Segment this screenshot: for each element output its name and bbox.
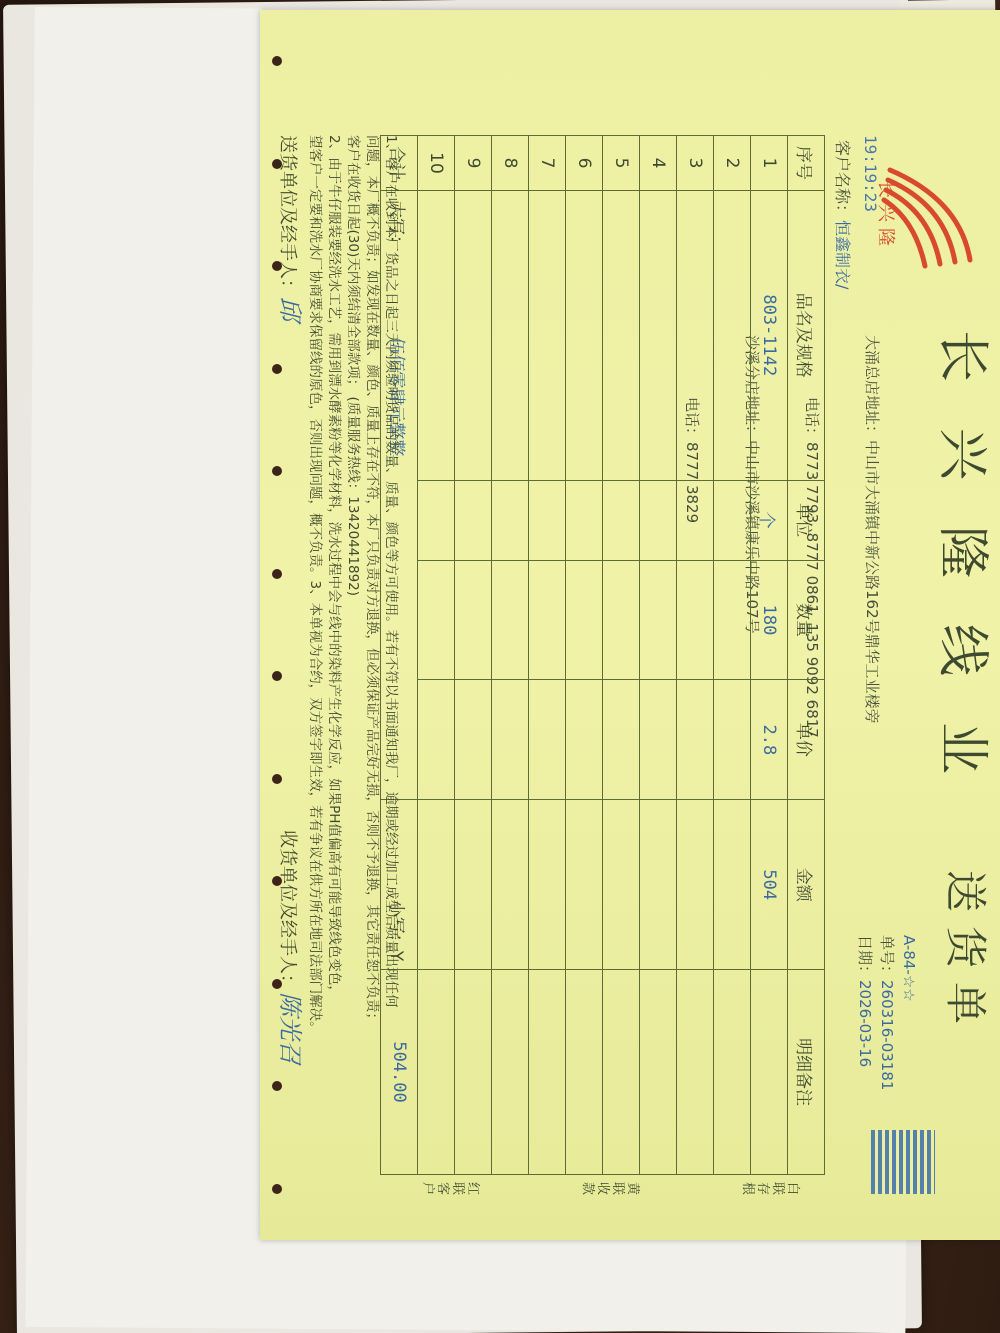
table-row: 7 bbox=[529, 136, 566, 1175]
document-type: 送货单 bbox=[938, 870, 998, 1038]
table-row: 6 bbox=[566, 136, 603, 1175]
sender-label: 送货单位及经手人： bbox=[277, 135, 298, 297]
row-no: 4 bbox=[640, 136, 677, 191]
head-office-address: 大涌总店地址：中山市大涌镇中新公路162号鼎华工业楼旁 bbox=[862, 335, 882, 738]
row-amount: 504 bbox=[751, 800, 788, 970]
terms-line-2: 问题，本厂概不负责；如发现在数量、颜色、质量上存在不符，本厂只负责对方退换，但必… bbox=[362, 135, 381, 1195]
table-row: 2 bbox=[714, 136, 751, 1175]
table-row: 3 bbox=[677, 136, 714, 1175]
terms-line-4: 2、由于牛仔服装要经洗水工艺，需用到漂水酵素粉等化学材料，洗水过程中会与线中的染… bbox=[324, 135, 343, 1195]
row-no: 5 bbox=[603, 136, 640, 191]
col-header-amount: 金额 bbox=[788, 800, 825, 970]
customer-label: 客户名称： bbox=[833, 140, 852, 220]
customer-field: 客户名称：恒鑫制衣/ bbox=[832, 140, 855, 289]
qr-code-icon bbox=[871, 1130, 935, 1194]
table-row: 9 bbox=[455, 136, 492, 1175]
date-value: 2026-03-16 bbox=[856, 980, 874, 1067]
order-meta: A-84-☆☆ 单号：260316-03181 日期：2026-03-16 bbox=[854, 935, 920, 1090]
table-row: 10 bbox=[418, 136, 455, 1175]
row-unit: 个 bbox=[751, 480, 788, 560]
terms-line-3: 客户在收货日起(30)天内须结清全部款项； (质量服务热线：1342044189… bbox=[343, 135, 362, 1195]
photo-frame: 长兴隆 19:19:23 长兴隆线业 送货单 大涌总店地址：中山市大涌镇中新公路… bbox=[0, 0, 1000, 1333]
row-no: 6 bbox=[566, 136, 603, 191]
sender-signature-field: 送货单位及经手人：邱 bbox=[275, 135, 310, 321]
table-row: 1803-1142个1802.8504 bbox=[751, 136, 788, 1175]
row-note bbox=[751, 970, 788, 1175]
row-no: 10 bbox=[418, 136, 455, 191]
terms-block: 1、客户在收到本厂货品之日起三天内须验明货品的数量、质量、颜色等方可使用。若有不… bbox=[305, 135, 400, 1195]
delivery-note: 长兴隆 19:19:23 长兴隆线业 送货单 大涌总店地址：中山市大涌镇中新公路… bbox=[260, 10, 1000, 1240]
copy-label-yellow: 黄联收款 bbox=[580, 1182, 640, 1200]
table-row: 5 bbox=[603, 136, 640, 1175]
row-qty: 180 bbox=[751, 560, 788, 680]
date-label: 日期： bbox=[856, 935, 874, 980]
col-header-note: 明细备注 bbox=[788, 970, 825, 1175]
table-row: 4 bbox=[640, 136, 677, 1175]
receiver-signature: 陈光召 bbox=[276, 992, 304, 1064]
customer-name: 恒鑫制衣/ bbox=[833, 220, 852, 289]
table-header-row: 序号 品名及规格 单位 数量 单价 金额 明细备注 bbox=[788, 136, 825, 1175]
row-no: 9 bbox=[455, 136, 492, 191]
company-name: 长兴隆线业 bbox=[930, 330, 1000, 820]
sender-signature: 邱 bbox=[276, 297, 304, 321]
terms-line-1: 1、客户在收到本厂货品之日起三天内须验明货品的数量、质量、颜色等方可使用。若有不… bbox=[381, 135, 400, 1195]
col-header-unit: 单位 bbox=[788, 480, 825, 560]
row-no: 2 bbox=[714, 136, 751, 191]
row-no: 8 bbox=[492, 136, 529, 191]
order-number: 260316-03181 bbox=[878, 980, 896, 1090]
receiver-signature-field: 收货单位及经手人：陈光召 bbox=[275, 830, 310, 1064]
col-header-price: 单价 bbox=[788, 680, 825, 800]
col-header-item: 品名及规格 bbox=[788, 190, 825, 480]
copy-label-white: 白联存根 bbox=[740, 1182, 800, 1200]
row-item: 803-1142 bbox=[751, 190, 788, 480]
row-no: 1 bbox=[751, 136, 788, 191]
table-row: 8 bbox=[492, 136, 529, 1175]
row-price: 2.8 bbox=[751, 680, 788, 800]
row-no: 7 bbox=[529, 136, 566, 191]
receiver-label: 收货单位及经手人： bbox=[277, 830, 298, 992]
col-header-qty: 数量 bbox=[788, 560, 825, 680]
row-no: 3 bbox=[677, 136, 714, 191]
print-time: 19:19:23 bbox=[861, 135, 880, 212]
items-table: 序号 品名及规格 单位 数量 单价 金额 明细备注 1803-1142个1802… bbox=[380, 135, 825, 1175]
doc-code: A-84-☆☆ bbox=[898, 935, 920, 1090]
copy-label-red: 红联客户 bbox=[420, 1182, 480, 1200]
col-header-no: 序号 bbox=[788, 136, 825, 191]
order-number-label: 单号： bbox=[878, 935, 896, 980]
